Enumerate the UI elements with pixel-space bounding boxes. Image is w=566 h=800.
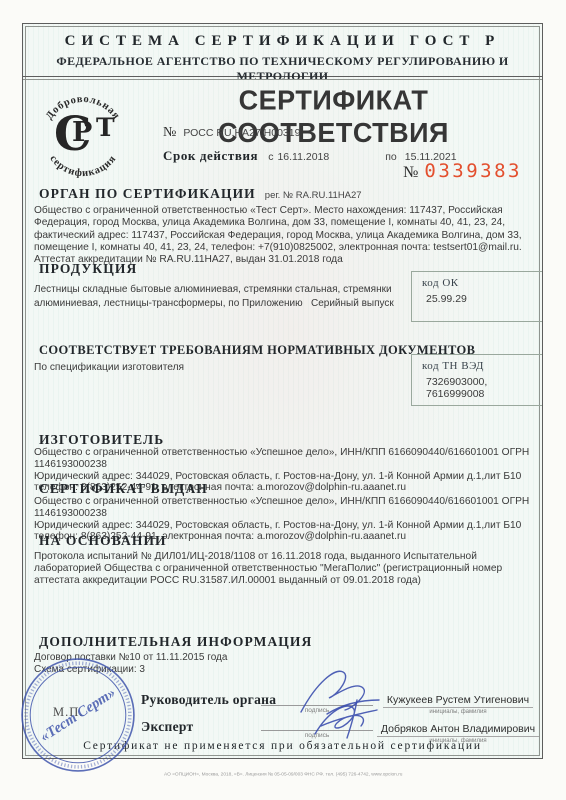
tnved-code-label: код ТН ВЭД (422, 360, 542, 372)
valid-to-label: по (385, 151, 397, 163)
compliance-text: По спецификации изготовителя (34, 362, 404, 374)
section-additional-heading: ДОПОЛНИТЕЛЬНАЯ ИНФОРМАЦИЯ (39, 634, 312, 650)
header-divider (23, 79, 542, 80)
product-text: Лестницы складные бытовые алюминиевая, с… (34, 283, 419, 311)
certificate-header: СИСТЕМА СЕРТИФИКАЦИИ ГОСТ Р ФЕДЕРАЛЬНОЕ … (23, 24, 542, 77)
tnved-code-value-2: 7616999008 (426, 388, 542, 400)
number-sign: № (163, 125, 176, 140)
signer-name-1: Кужукеев Рустем Утигенович (383, 694, 533, 708)
tnved-code-box: код ТН ВЭД 7326903000, 7616999008 (411, 354, 542, 406)
signer-role-2: Эксперт (141, 719, 193, 735)
signer-name-block-1: Кужукеев Рустем Утигенович инициалы, фам… (373, 690, 543, 715)
issued-line-1: Общество с ограниченной ответственностью… (34, 496, 538, 520)
validity-label: Срок действия (163, 148, 258, 163)
blank-number-sign: № (403, 164, 418, 181)
basis-text: Протокола испытаний № ДИЛ01/ИЦ-2018/1108… (34, 551, 534, 588)
valid-from-label: с (268, 151, 273, 163)
section-basis-heading: НА ОСНОВАНИИ (39, 533, 167, 549)
reg-number-value: РОСС RU.НА27.Н00319 (183, 127, 300, 139)
section-compliance-heading: СООТВЕТСТВУЕТ ТРЕБОВАНИЯМ НОРМАТИВНЫХ ДО… (39, 343, 475, 358)
ok-code-box: код ОК 25.99.29 (411, 271, 542, 322)
section-org-heading: ОРГАН ПО СЕРТИФИКАЦИИрег. № RA.RU.11НА27 (39, 186, 362, 202)
system-title: СИСТЕМА СЕРТИФИКАЦИИ ГОСТ Р (23, 33, 542, 50)
reg-number-line: №РОСС RU.НА27.Н00319 (163, 123, 300, 141)
printer-imprint-text: АО «ОПЦИОН», Москва, 2018, «В». Лицензия… (164, 771, 402, 777)
ok-code-value: 25.99.29 (426, 293, 542, 305)
signer-name-sub-1: инициалы, фамилия (373, 709, 543, 715)
blank-number-value: 0339383 (424, 160, 522, 182)
logo-letter-r: Р (72, 117, 92, 148)
org-heading-text: ОРГАН ПО СЕРТИФИКАЦИИ (39, 186, 256, 201)
signer-name-2: Добряков Антон Владимирович (377, 723, 539, 737)
certificate-frame: СИСТЕМА СЕРТИФИКАЦИИ ГОСТ Р ФЕДЕРАЛЬНОЕ … (22, 23, 543, 759)
issued-line-2: Юридический адрес: 344029, Ростовская об… (34, 520, 538, 532)
stamp-center-text: «Тест Серт» (37, 685, 118, 745)
org-reg-number: RA.RU.11НА27 (296, 190, 362, 201)
signature-scribble-2 (307, 696, 387, 742)
section-product-heading: ПРОДУКЦИЯ (39, 261, 137, 277)
org-text: Общество с ограниченной ответственностью… (34, 205, 536, 266)
blank-number-line: №0339383 (403, 160, 522, 182)
logo-letter-t: Т (96, 113, 115, 142)
tnved-code-value-1: 7326903000, (426, 376, 542, 388)
section-issued-heading: СЕРТИФИКАТ ВЫДАН (39, 481, 208, 497)
round-stamp-icon: «Тест Серт» (17, 654, 139, 776)
section-manufacturer-heading: ИЗГОТОВИТЕЛЬ (39, 432, 164, 448)
rst-logo-icon: Добровольная сертификация С Р Т (31, 84, 135, 188)
ok-code-label: код ОК (422, 277, 542, 289)
signer-role-1: Руководитель органа (141, 692, 276, 708)
valid-from-date: 16.11.2018 (277, 151, 329, 163)
manufacturer-line-1: Общество с ограниченной ответственностью… (34, 447, 538, 471)
org-reg-label: рег. № (265, 190, 293, 201)
certificate-page: СИСТЕМА СЕРТИФИКАЦИИ ГОСТ Р ФЕДЕРАЛЬНОЕ … (0, 0, 566, 800)
